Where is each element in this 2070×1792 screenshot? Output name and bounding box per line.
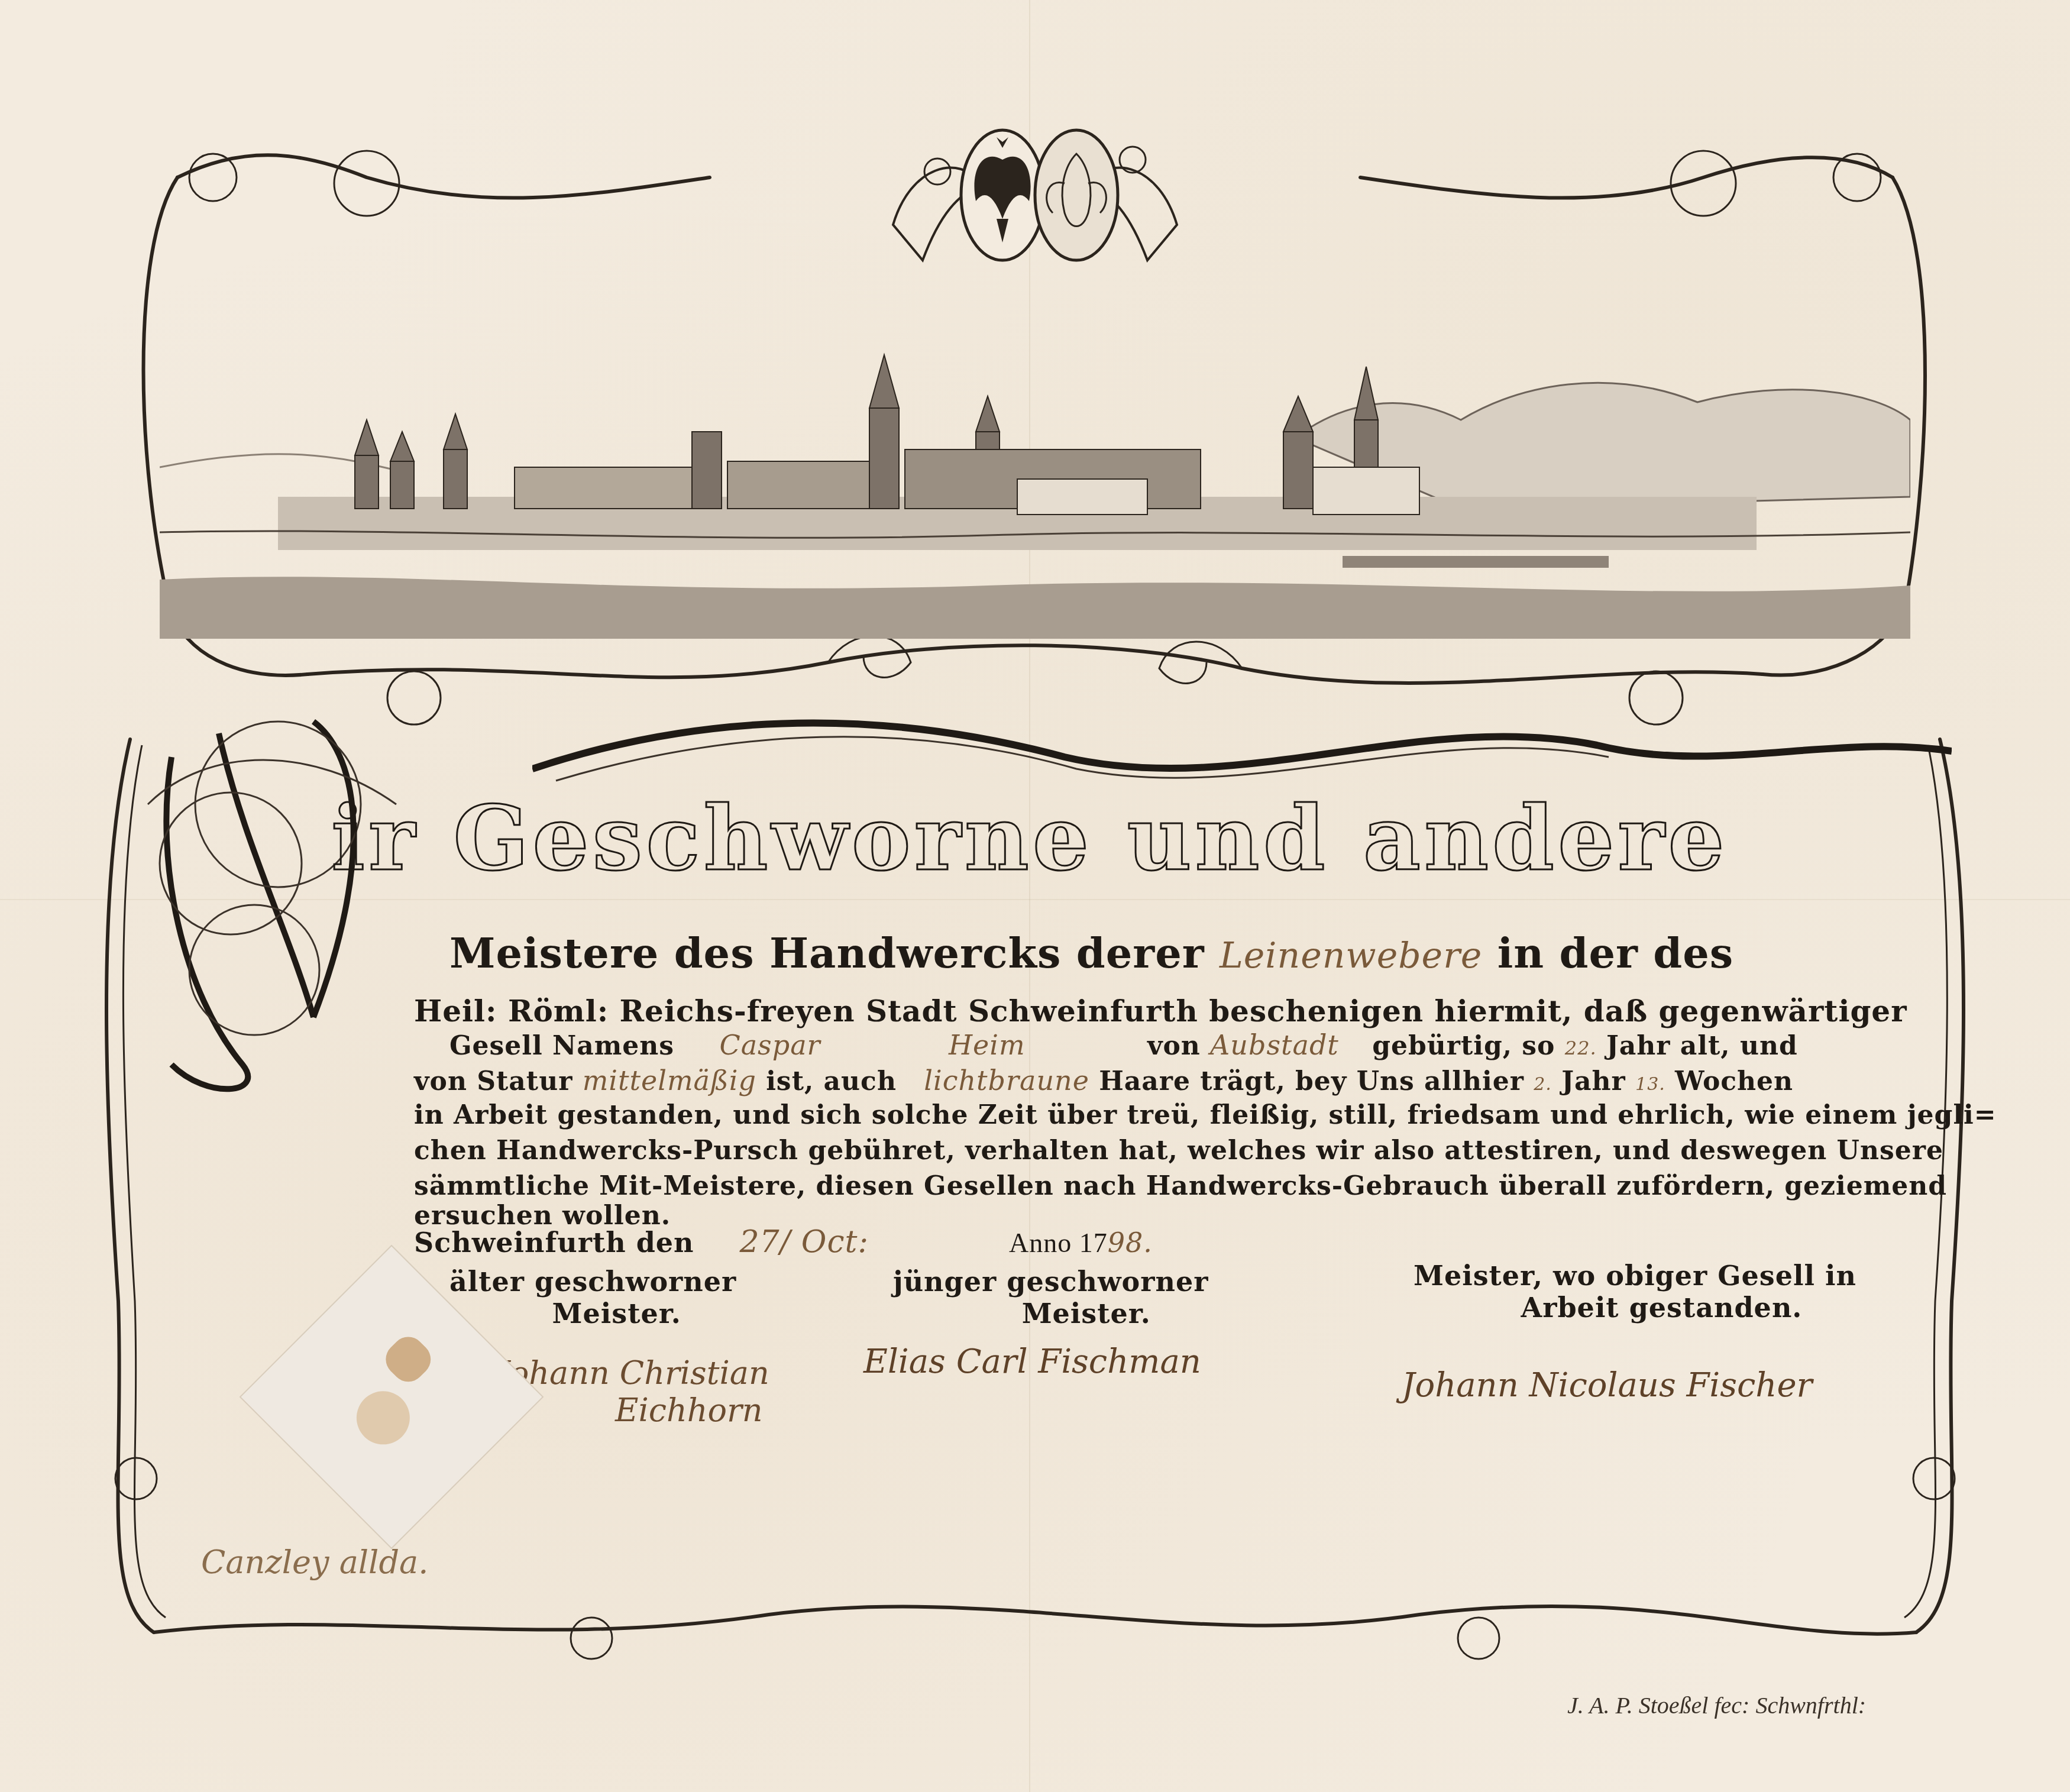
role-employing-master: Meister, wo obiger Gesell in Arbeit gest… xyxy=(1414,1260,1856,1324)
date-line: Schweinfurth den 27/ Oct: Anno 1798. xyxy=(414,1224,1153,1260)
body-line-3: Gesell Namens Caspar Heim von Aubstadt g… xyxy=(449,1029,1798,1061)
coat-of-arms xyxy=(887,83,1183,308)
handwritten-first-name: Caspar xyxy=(719,1029,820,1061)
signature-junior-master: Elias Carl Fischman xyxy=(863,1343,1201,1381)
handwritten-hair-color: lichtbraune xyxy=(924,1065,1089,1096)
bridge xyxy=(1343,556,1609,568)
handwritten-last-name: Heim xyxy=(949,1029,1026,1061)
engraver-credit: J. A. P. Stoeßel fec: Schwnfrthl: xyxy=(1567,1691,1866,1719)
printed-text: in der des xyxy=(1497,929,1733,978)
signature-employing-master: Johann Nicolaus Fischer xyxy=(1402,1366,1812,1405)
handwritten-stature: mittelmäßig xyxy=(583,1065,756,1096)
handwritten-date: 27/ Oct: xyxy=(740,1224,869,1260)
handwritten-trade: Leinenwebere xyxy=(1220,935,1482,976)
body-line-2: Heil: Röml: Reichs-freyen Stadt Schweinf… xyxy=(414,994,1907,1028)
handwritten-age: 22. xyxy=(1565,1037,1597,1059)
handwritten-weeks: 13. xyxy=(1635,1074,1665,1095)
double-headed-eagle-icon xyxy=(961,130,1044,260)
chancery-note: Canzley allda. xyxy=(201,1544,428,1581)
city-panorama xyxy=(160,331,1910,639)
anno-label: Anno 17 xyxy=(1009,1228,1108,1258)
decorative-initial-w xyxy=(136,686,408,1112)
body-line-1: Meistere des Handwercks derer Leinenwebe… xyxy=(449,929,1733,978)
body-line-6: chen Handwercks-Pursch gebühret, verhalt… xyxy=(414,1136,1943,1166)
handwritten-years: 2. xyxy=(1534,1074,1552,1095)
body-line-5: in Arbeit gestanden, und sich solche Zei… xyxy=(414,1100,1997,1130)
cherub-left xyxy=(924,159,950,185)
handwritten-origin: Aubstadt xyxy=(1210,1029,1339,1061)
single-eagle-icon xyxy=(1035,130,1118,260)
role-junior-master: jünger geschworner Meister. xyxy=(893,1266,1208,1330)
printed-text: Meistere des Handwercks derer xyxy=(449,929,1205,978)
body-line-7: sämmtliche Mit-Meistere, diesen Gesellen… xyxy=(414,1171,1947,1201)
title-text: ir Geschworne und andere xyxy=(331,787,1728,891)
handwritten-year: 98. xyxy=(1108,1227,1153,1259)
body-line-4: von Statur mittelmäßig ist, auch lichtbr… xyxy=(414,1065,1793,1096)
role-senior-master: älter geschworner Meister. xyxy=(449,1266,736,1330)
